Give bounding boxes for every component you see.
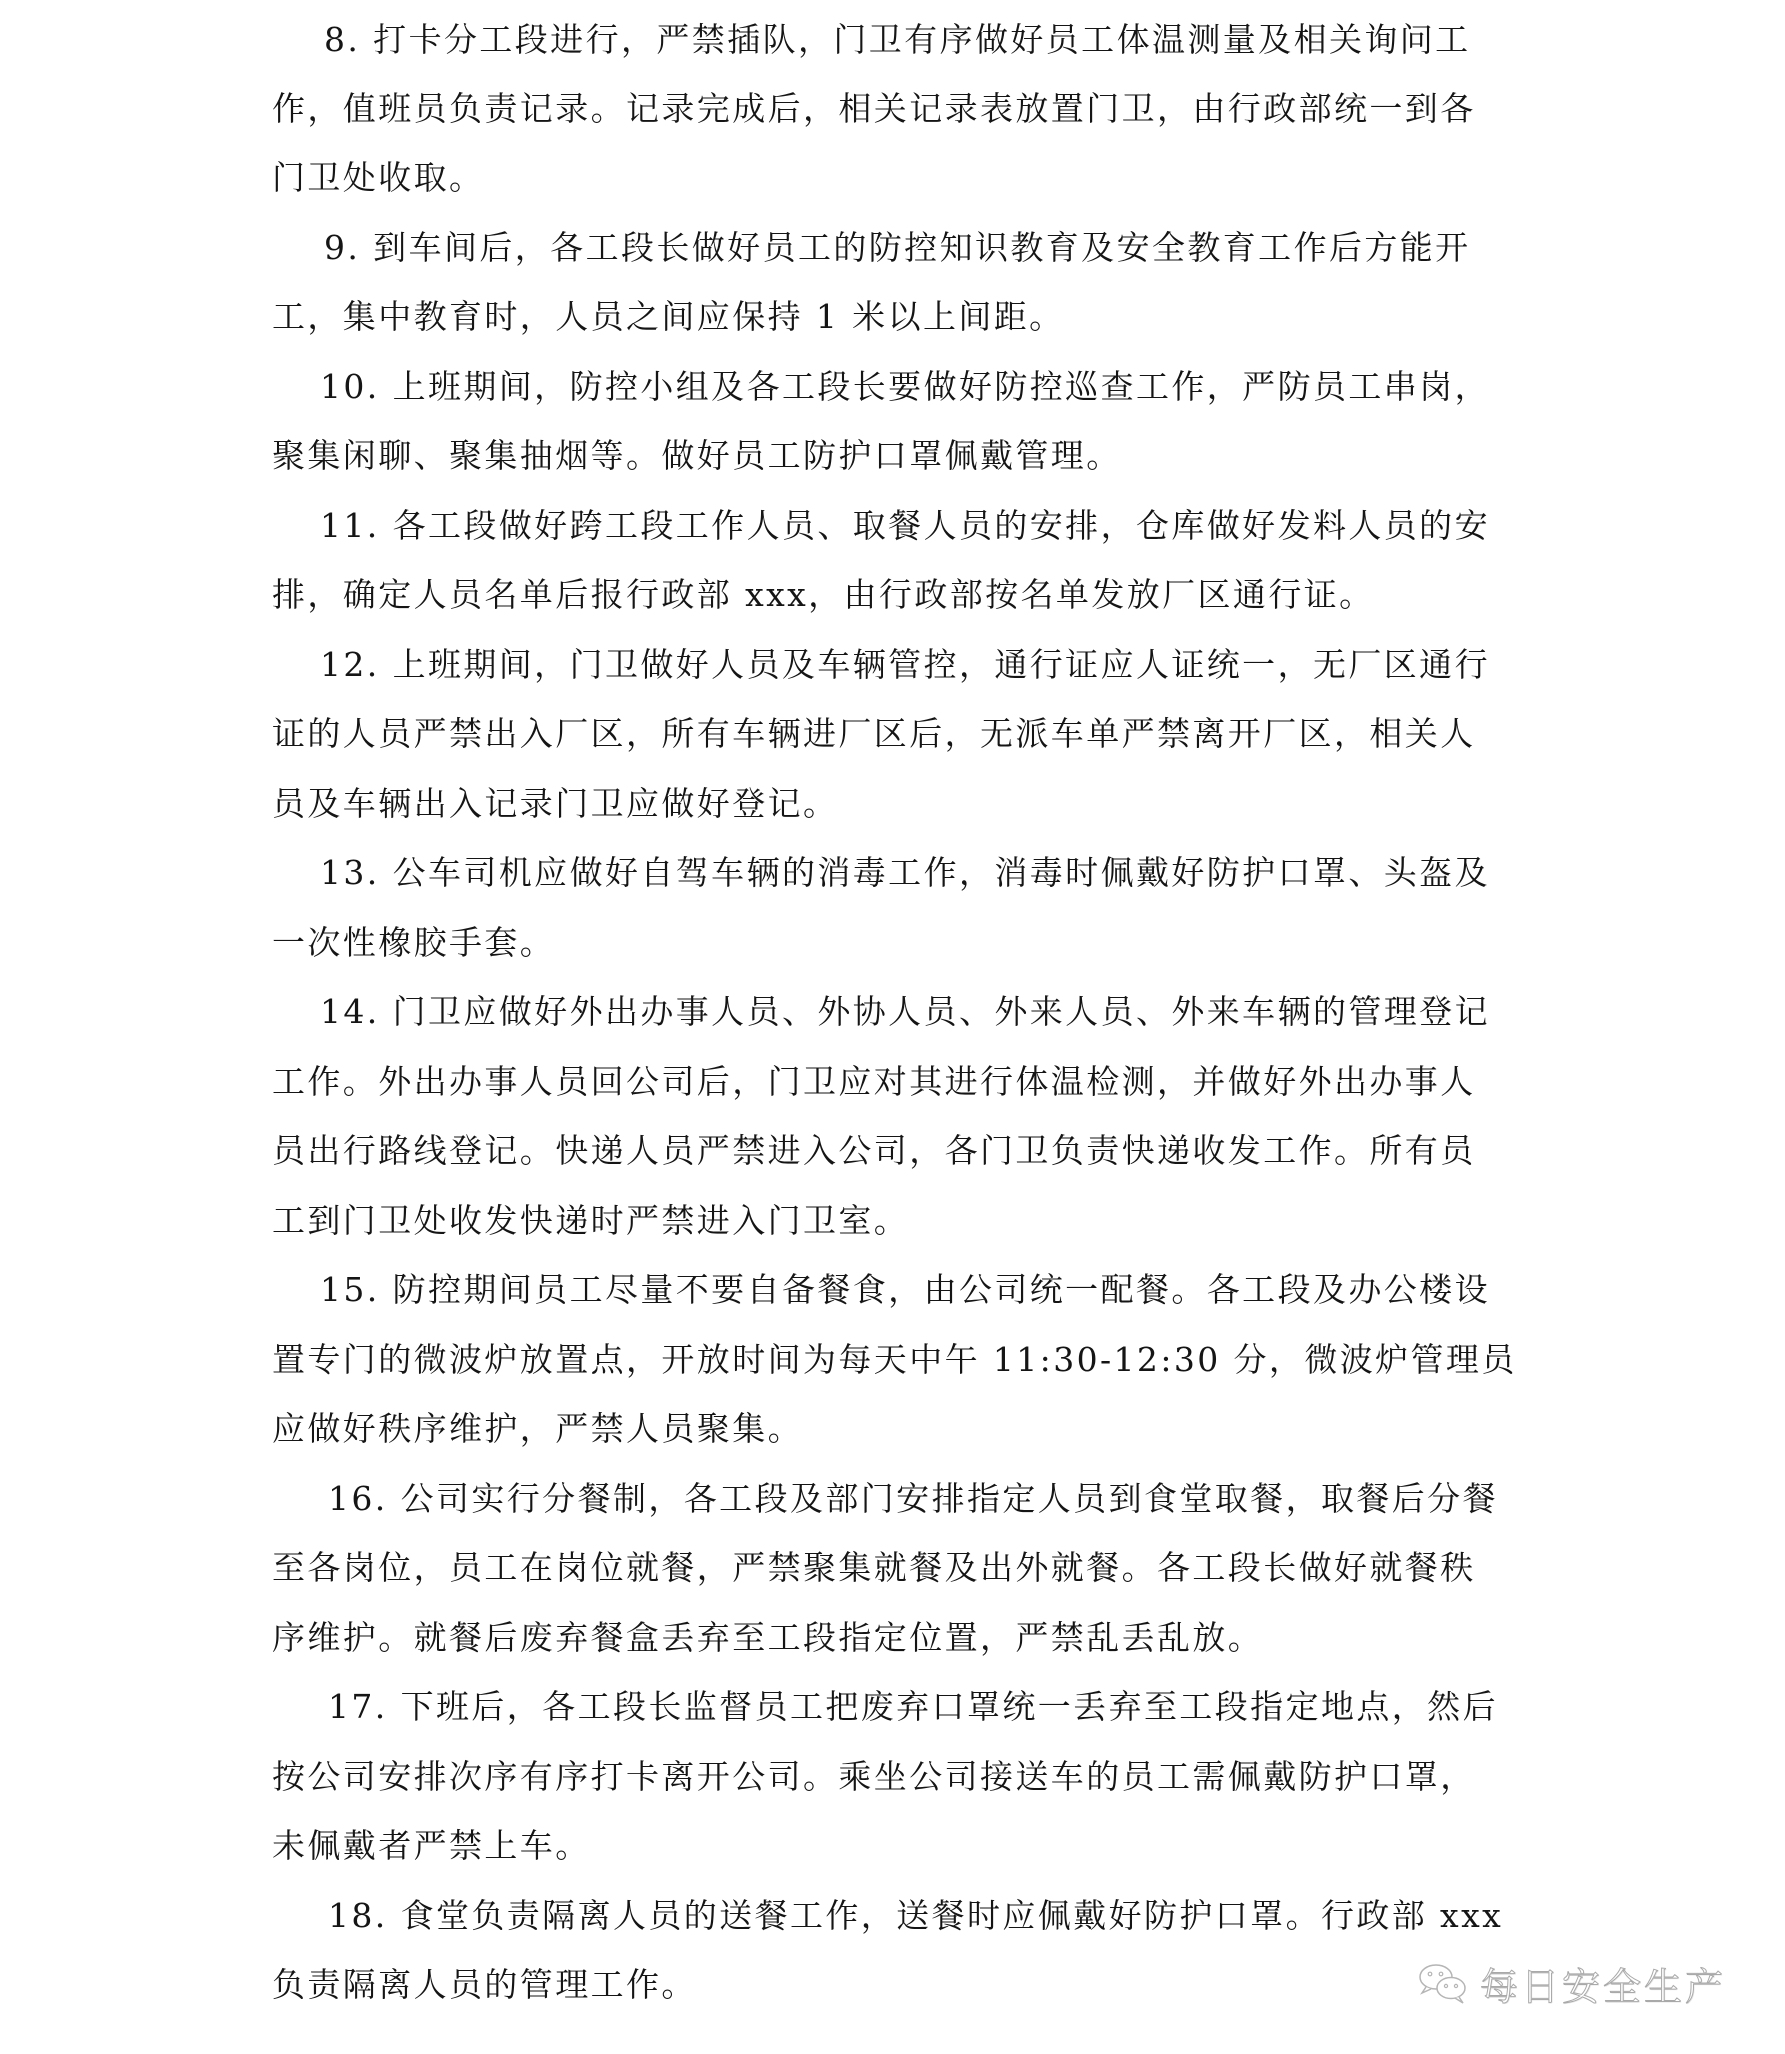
text-line-4: 9. 到车间后，各工段长做好员工的防控知识教育及安全教育工作后方能开: [324, 228, 1471, 268]
text-line-23: 至各岗位，员工在岗位就餐，严禁聚集就餐及出外就餐。各工段长做好就餐秩: [272, 1548, 1476, 1588]
text-line-22: 16. 公司实行分餐制，各工段及部门安排指定人员到食堂取餐，取餐后分餐: [328, 1479, 1498, 1519]
text-line-25: 17. 下班后，各工段长监督员工把废弃口罩统一丢弃至工段指定地点，然后: [328, 1687, 1498, 1727]
text-line-10: 12. 上班期间，门卫做好人员及车辆管控，通行证应人证统一，无厂区通行: [320, 645, 1490, 685]
text-line-21: 应做好秩序维护，严禁人员聚集。: [272, 1409, 803, 1449]
text-line-13: 13. 公车司机应做好自驾车辆的消毒工作，消毒时佩戴好防护口罩、头盔及: [320, 853, 1490, 893]
text-line-5: 工，集中教育时，人员之间应保持 1 米以上间距。: [272, 297, 1065, 337]
text-line-27: 未佩戴者严禁上车。: [272, 1826, 591, 1866]
text-line-8: 11. 各工段做好跨工段工作人员、取餐人员的安排，仓库做好发料人员的安: [320, 506, 1490, 546]
wechat-icon: [1418, 1962, 1470, 2006]
document-page: 8. 打卡分工段进行，严禁插队，门卫有序做好员工体温测量及相关询问工 作，值班员…: [0, 0, 1785, 2054]
watermark: 每日安全生产: [1418, 1956, 1726, 2011]
text-line-1: 8. 打卡分工段进行，严禁插队，门卫有序做好员工体温测量及相关询问工: [324, 20, 1471, 60]
text-line-12: 员及车辆出入记录门卫应做好登记。: [272, 784, 838, 824]
text-line-15: 14. 门卫应做好外出办事人员、外协人员、外来人员、外来车辆的管理登记: [320, 992, 1490, 1032]
text-line-29: 负责隔离人员的管理工作。: [272, 1965, 697, 2005]
text-line-26: 按公司安排次序有序打卡离开公司。乘坐公司接送车的员工需佩戴防护口罩，: [272, 1757, 1476, 1797]
text-line-24: 序维护。就餐后废弃餐盒丢弃至工段指定位置，严禁乱丢乱放。: [272, 1618, 1263, 1658]
text-line-16: 工作。外出办事人员回公司后，门卫应对其进行体温检测，并做好外出办事人: [272, 1062, 1476, 1102]
text-line-9: 排，确定人员名单后报行政部 xxx，由行政部按名单发放厂区通行证。: [272, 575, 1375, 615]
text-line-7: 聚集闲聊、聚集抽烟等。做好员工防护口罩佩戴管理。: [272, 436, 1122, 476]
text-line-2: 作，值班员负责记录。记录完成后，相关记录表放置门卫，由行政部统一到各: [272, 89, 1476, 129]
text-line-18: 工到门卫处收发快递时严禁进入门卫室。: [272, 1201, 909, 1241]
text-line-19: 15. 防控期间员工尽量不要自备餐食，由公司统一配餐。各工段及办公楼设: [320, 1270, 1490, 1310]
text-line-20: 置专门的微波炉放置点，开放时间为每天中午 11:30-12:30 分，微波炉管理…: [272, 1340, 1517, 1380]
text-line-14: 一次性橡胶手套。: [272, 923, 555, 963]
text-line-11: 证的人员严禁出入厂区，所有车辆进厂区后，无派车单严禁离开厂区，相关人: [272, 714, 1476, 754]
watermark-text: 每日安全生产: [1480, 1956, 1726, 2011]
text-line-6: 10. 上班期间，防控小组及各工段长要做好防控巡查工作，严防员工串岗，: [320, 367, 1490, 407]
text-line-28: 18. 食堂负责隔离人员的送餐工作，送餐时应佩戴好防护口罩。行政部 xxx: [328, 1896, 1503, 1936]
text-line-3: 门卫处收取。: [272, 158, 484, 198]
text-line-17: 员出行路线登记。快递人员严禁进入公司，各门卫负责快递收发工作。所有员: [272, 1131, 1476, 1171]
